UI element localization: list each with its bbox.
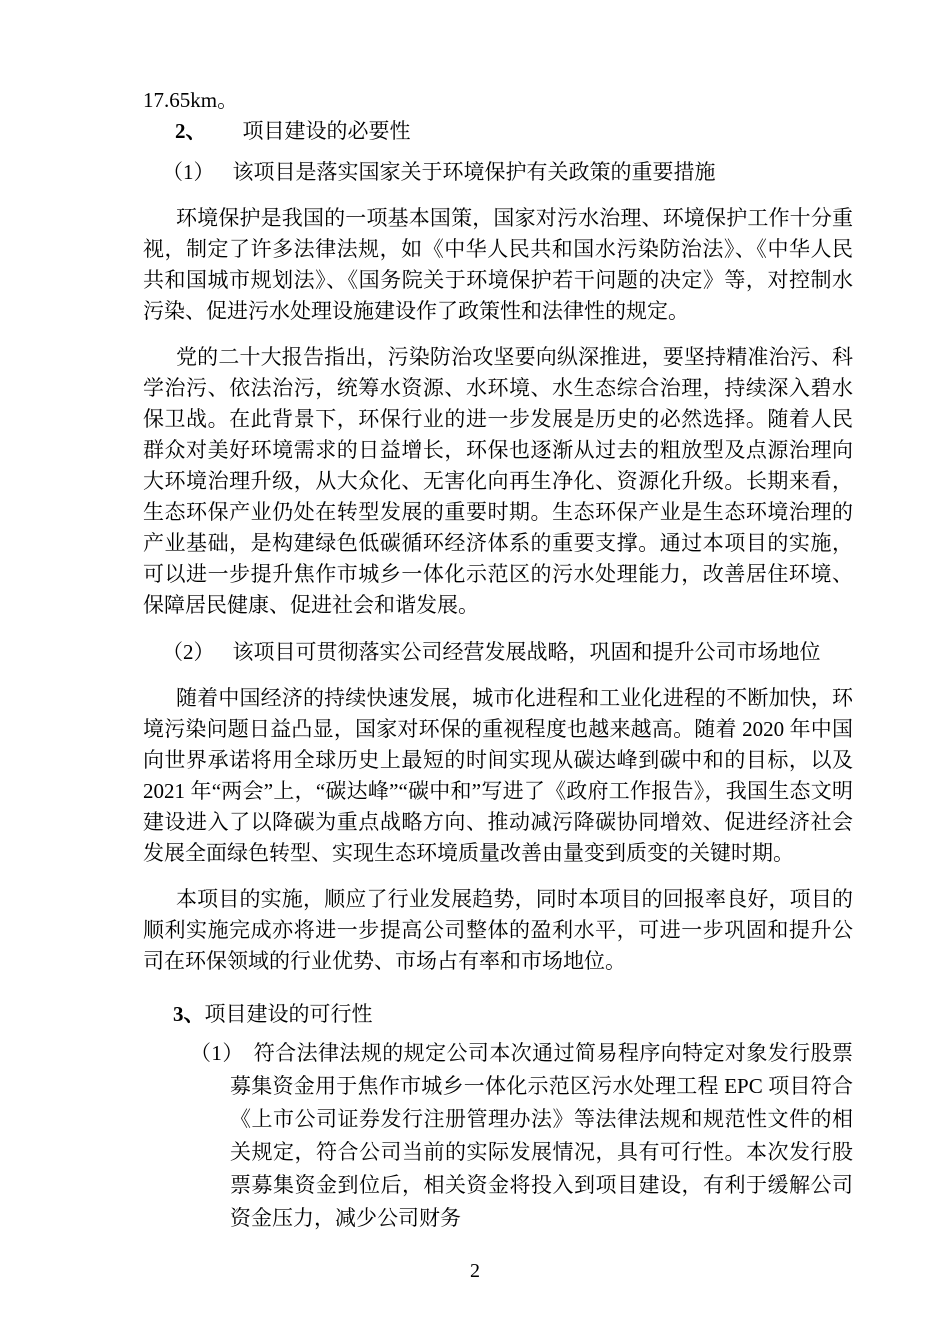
section-heading-2-number: 2、 [175,119,207,143]
page-content: 17.65km。 2、项目建设的必要性 （1）该项目是落实国家关于环境保护有关政… [143,85,853,1235]
subheading-2: （2）该项目可贯彻落实公司经营发展战略，巩固和提升公司市场地位 [143,637,853,668]
section-heading-2: 2、项目建设的必要性 [143,116,853,147]
subheading-2-title: 该项目可贯彻落实公司经营发展战略，巩固和提升公司市场地位 [233,640,821,664]
paragraph-continuation-line: 17.65km。 [143,85,853,116]
subheading-1: （1）该项目是落实国家关于环境保护有关政策的重要措施 [143,157,853,188]
feasibility-item-1-text: 符合法律法规的规定公司本次通过简易程序向特定对象发行股票募集资金用于焦作市城乡一… [230,1041,853,1230]
feasibility-item-1: （1）符合法律法规的规定公司本次通过简易程序向特定对象发行股票募集资金用于焦作市… [143,1037,853,1235]
page-number: 2 [0,1256,950,1287]
subheading-1-title: 该项目是落实国家关于环境保护有关政策的重要措施 [233,160,716,184]
feasibility-item-1-number: （1） [190,1041,244,1065]
paragraph-china-economy: 随着中国经济的持续快速发展，城市化进程和工业化进程的不断加快，环境污染问题日益凸… [143,683,853,869]
paragraph-environment-policy: 环境保护是我国的一项基本国策，国家对污水治理、环境保护工作十分重视，制定了许多法… [143,203,853,327]
section-heading-3-number: 3、 [173,1002,205,1026]
subheading-1-number: （1） [162,160,215,184]
subheading-2-number: （2） [162,640,215,664]
paragraph-party-report: 党的二十大报告指出，污染防治攻坚要向纵深推进，要坚持精准治污、科学治污、依法治污… [143,342,853,621]
section-heading-2-title: 项目建设的必要性 [243,119,411,143]
paragraph-project-implementation: 本项目的实施，顺应了行业发展趋势，同时本项目的回报率良好，项目的顺利实施完成亦将… [143,884,853,977]
section-heading-3-title: 项目建设的可行性 [205,1002,373,1026]
section-heading-3: 3、项目建设的可行性 [143,999,853,1030]
document-page: 17.65km。 2、项目建设的必要性 （1）该项目是落实国家关于环境保护有关政… [0,0,950,1344]
